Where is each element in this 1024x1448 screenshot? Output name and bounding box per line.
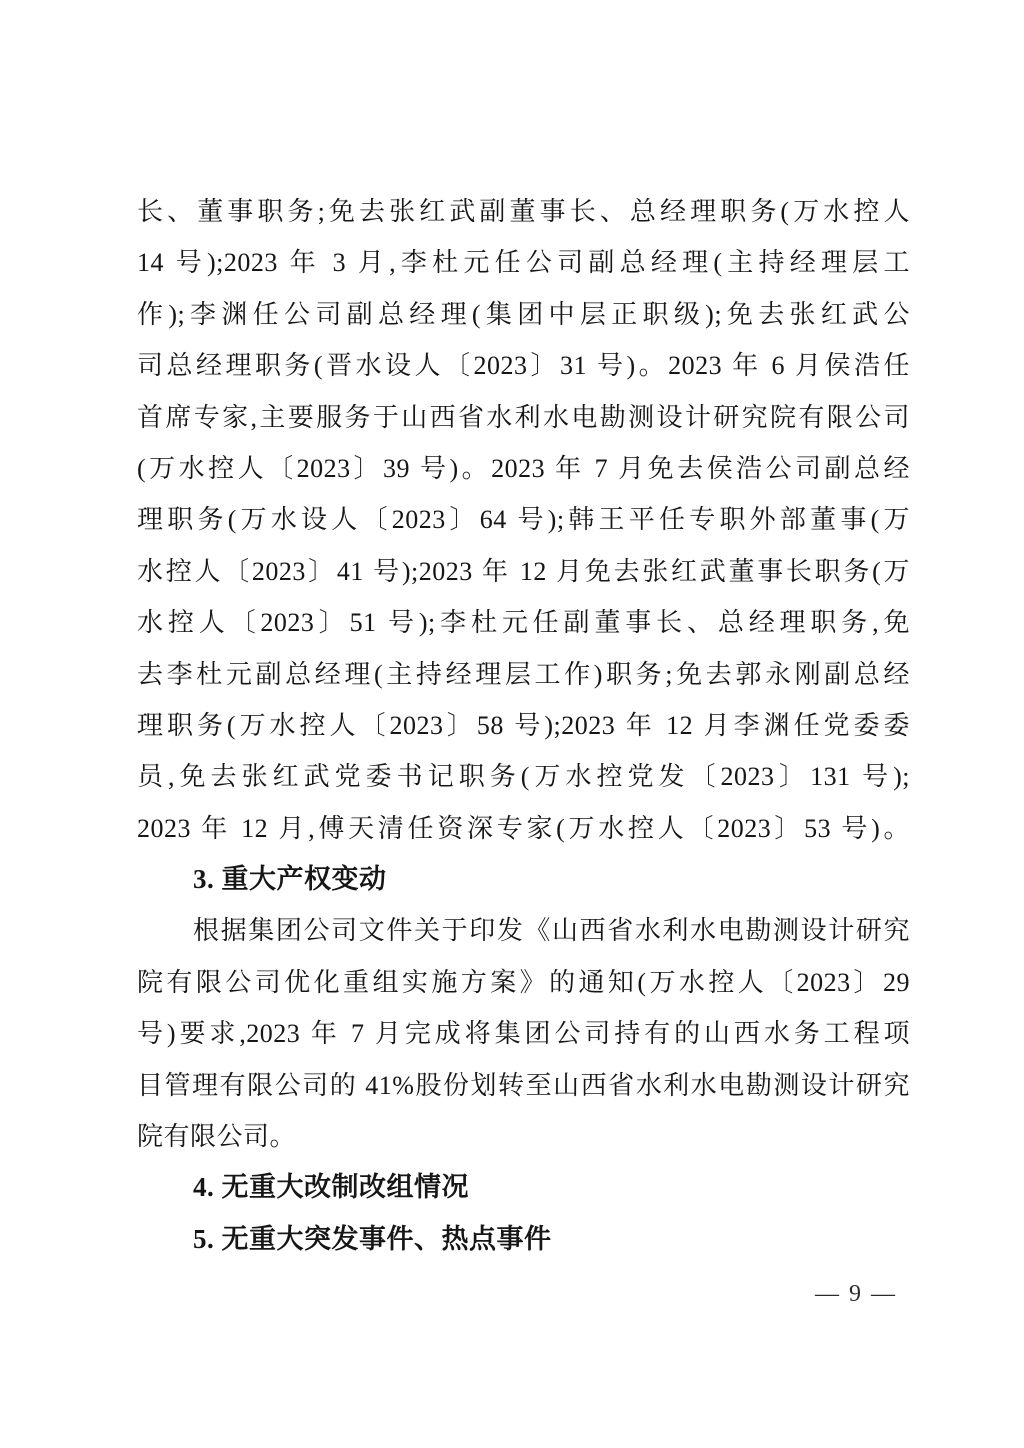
page-number: — 9 —: [806, 1277, 906, 1311]
document-page: 长、董事职务;免去张红武副董事长、总经理职务(万水控人〔2023〕14 号);2…: [0, 0, 1024, 1448]
text-line: 号)要求,2023 年 7 月完成将集团公司持有的山西水务工程项: [137, 1008, 910, 1059]
text-line: (万水控人〔2023〕39 号)。2023 年 7 月免去侯浩公司副总经: [137, 443, 910, 494]
text-line: 院有限公司。: [137, 1111, 910, 1162]
text-line: 去李杜元副总经理(主持经理层工作)职务;免去郭永刚副总经: [137, 649, 910, 700]
text-line: 水控人〔2023〕51 号);李杜元任副董事长、总经理职务,免: [137, 597, 910, 648]
text-line: 作);李渊任公司副总经理(集团中层正职级);免去张红武公: [137, 289, 910, 340]
text-line: 院有限公司优化重组实施方案》的通知(万水控人〔2023〕29: [137, 957, 910, 1008]
text-line: 14 号);2023 年 3 月,李杜元任公司副总经理(主持经理层工: [137, 237, 910, 288]
text-line: 司总经理职务(晋水设人〔2023〕31 号)。2023 年 6 月侯浩任: [137, 340, 910, 391]
document-lines: 长、董事职务;免去张红武副董事长、总经理职务(万水控人〔2023〕14 号);2…: [137, 186, 910, 1265]
text-line: 根据集团公司文件关于印发《山西省水利水电勘测设计研究: [137, 905, 910, 956]
text-line: 水控人〔2023〕41 号);2023 年 12 月免去张红武董事长职务(万: [137, 546, 910, 597]
heading-line: 5. 无重大突发事件、热点事件: [137, 1214, 910, 1265]
text-line: 长、董事职务;免去张红武副董事长、总经理职务(万水控人〔2023〕: [137, 186, 910, 237]
text-line: 员,免去张红武党委书记职务(万水控党发〔2023〕131 号);: [137, 751, 910, 802]
text-line: 目管理有限公司的 41%股份划转至山西省水利水电勘测设计研究: [137, 1060, 910, 1111]
text-line: 2023 年 12 月,傅天清任资深专家(万水控人〔2023〕53 号)。: [137, 803, 910, 854]
heading-line: 4. 无重大改制改组情况: [137, 1162, 910, 1213]
heading-line: 3. 重大产权变动: [137, 854, 910, 905]
text-line: 首席专家,主要服务于山西省水利水电勘测设计研究院有限公司: [137, 392, 910, 443]
text-line: 理职务(万水控人〔2023〕58 号);2023 年 12 月李渊任党委委: [137, 700, 910, 751]
text-line: 理职务(万水设人〔2023〕64 号);韩王平任专职外部董事(万: [137, 494, 910, 545]
